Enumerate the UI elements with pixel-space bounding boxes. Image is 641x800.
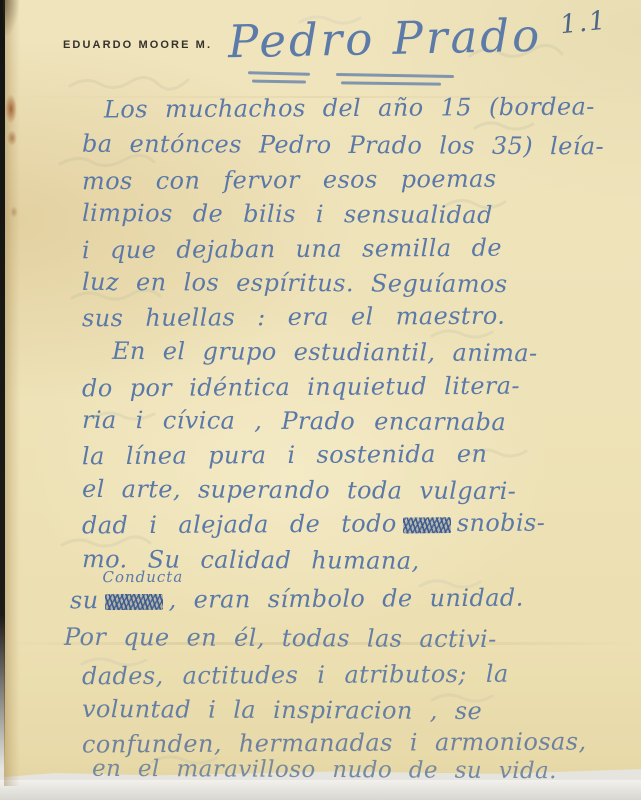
manuscript-line: en el maravilloso nudo de su vida.	[92, 756, 557, 784]
manuscript-line: dades, actitudes i atributos; la	[82, 660, 509, 691]
line-text: dad i alejada de todo	[82, 509, 397, 539]
manuscript-line: voluntad i la inspiracion , se	[82, 695, 482, 725]
line-text: , eran símbolo de unidad.	[168, 584, 523, 614]
manuscript-body: Los muchachos del año 15 (bordea- ba ent…	[0, 0, 641, 800]
manuscript-line: la línea pura i sostenida en	[82, 440, 487, 470]
line-text: snobis-	[457, 509, 546, 538]
inserted-correction-word: Conducta	[102, 568, 183, 586]
manuscript-line-with-correction: suConducta, eran símbolo de unidad.	[70, 584, 524, 615]
manuscript-line: En el grupo estudiantil, anima-	[112, 337, 538, 367]
manuscript-line: ria i cívica , Prado encarnaba	[82, 406, 506, 436]
manuscript-line: mos con fervor esos poemas	[82, 165, 497, 196]
manuscript-line: confunden, hermanadas i armoniosas,	[82, 727, 587, 758]
manuscript-line: Por que en él, todas las activi-	[64, 623, 497, 653]
scribble-strikeout	[403, 517, 451, 533]
correction-wrap: Conducta	[98, 586, 168, 614]
scribble-strikeout	[105, 594, 163, 610]
manuscript-line-with-strikeout: dad i alejada de todosnobis-	[82, 509, 545, 540]
manuscript-line: do por idéntica inquietud litera-	[82, 372, 520, 403]
manuscript-line: luz en los espíritus. Seguíamos	[82, 268, 508, 298]
manuscript-line: sus huellas : era el maestro.	[82, 302, 505, 333]
manuscript-line: el arte, superando toda vulgari-	[82, 475, 516, 505]
manuscript-line: i que dejaban una semilla de	[82, 234, 502, 265]
line-text: su	[70, 586, 99, 614]
manuscript-scan: EDUARDO MOORE M. Pedro Prado 1.1 Los muc…	[0, 0, 641, 800]
manuscript-line: Los muchachos del año 15 (bordea-	[104, 93, 595, 124]
manuscript-line: limpios de bilis i sensualidad	[82, 199, 493, 229]
manuscript-line: ba entónces Pedro Prado los 35) leía-	[82, 130, 604, 161]
